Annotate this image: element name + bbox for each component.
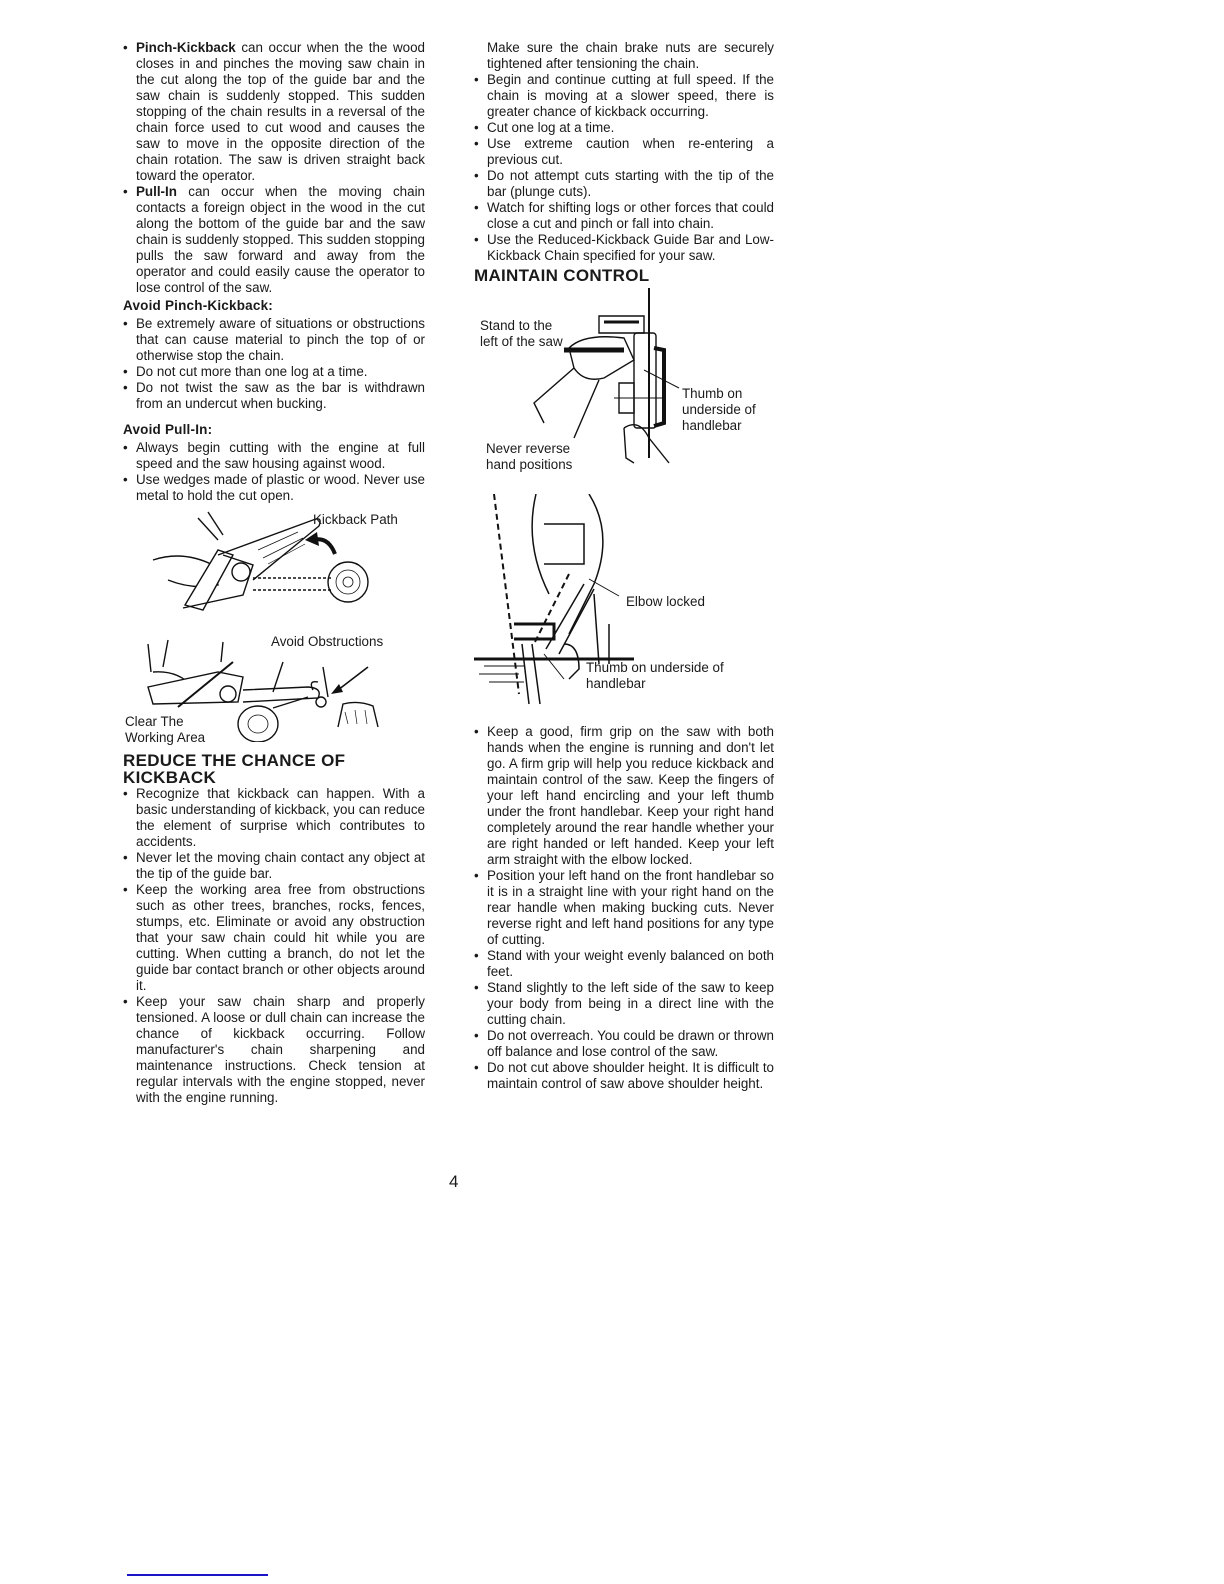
list-item: Do not cut more than one log at a time. [123,364,425,380]
avoid-pullin-heading: Avoid Pull-In: [123,422,425,438]
list-item: Stand with your weight evenly balanced o… [474,948,774,980]
elbow-locked-label: Elbow locked [626,594,705,610]
reduce-kickback-section: REDUCE THE CHANCE OF KICKBACK Recognize … [123,752,425,1106]
avoid-pullin-list: Always begin cutting with the engine at … [123,440,425,504]
list-item: Do not attempt cuts starting with the ti… [474,168,774,200]
list-item: Cut one log at a time. [474,120,774,136]
avoid-obstructions-figure: Avoid Obstructions Clear The Working Are… [123,632,425,742]
list-item: Position your left hand on the front han… [474,868,774,948]
pull-in-text: can occur when the moving chain contacts… [136,184,425,295]
thumb-underside-stance-label-line2: handlebar [586,676,646,692]
maintain-control-heading: MAINTAIN CONTROL [474,267,774,284]
hand-grip-figure: Stand to the left of the saw Thumb on un… [474,288,774,478]
stand-left-label-line2: left of the saw [480,334,563,350]
clear-working-area-label-line2: Working Area [125,730,205,746]
avoid-pinch-list: Be extremely aware of situations or obst… [123,316,425,412]
kickback-types-list: Pinch-Kickback can occur when the the wo… [123,40,425,296]
left-column: Pinch-Kickback can occur when the the wo… [123,40,425,1106]
list-item: Do not twist the saw as the bar is withd… [123,380,425,412]
avoid-pinch-heading: Avoid Pinch-Kickback: [123,298,425,314]
list-item: Do not overreach. You could be drawn or … [474,1028,774,1060]
list-item: Keep a good, firm grip on the saw with b… [474,724,774,868]
reduce-kickback-list: Recognize that kickback can happen. With… [123,786,425,1106]
list-item: Use extreme caution when re-entering a p… [474,136,774,168]
thumb-underside-label-line2: underside of [682,402,756,418]
term-pull-in: Pull-In [136,184,177,199]
list-item: Use the Reduced-Kickback Guide Bar and L… [474,232,774,264]
reduce-kickback-heading-line1: REDUCE THE CHANCE OF [123,752,425,769]
thumb-underside-stance-label-line1: Thumb on underside of [586,660,724,676]
avoid-obstructions-label: Avoid Obstructions [271,634,383,650]
list-item: Never let the moving chain contact any o… [123,850,425,882]
continuation-paragraph: Make sure the chain brake nuts are secur… [474,40,774,72]
list-item: Do not cut above shoulder height. It is … [474,1060,774,1092]
term-pinch-kickback: Pinch-Kickback [136,40,236,55]
kickback-path-label: Kickback Path [313,512,398,528]
list-item: Recognize that kickback can happen. With… [123,786,425,850]
list-item-pull-in: Pull-In can occur when the moving chain … [123,184,425,296]
stand-left-label-line1: Stand to the [480,318,552,334]
list-item: Use wedges made of plastic or wood. Neve… [123,472,425,504]
maintain-control-list: Keep a good, firm grip on the saw with b… [474,724,774,1092]
clear-working-area-label-line1: Clear The [125,714,184,730]
thumb-underside-label-line1: Thumb on [682,386,742,402]
list-item: Always begin cutting with the engine at … [123,440,425,472]
thumb-underside-label-line3: handlebar [682,418,742,434]
page-number: 4 [449,1172,458,1192]
kickback-path-figure: Kickback Path [123,510,425,628]
list-item: Keep your saw chain sharp and properly t… [123,994,425,1106]
stance-figure: Elbow locked Thumb on underside of handl… [474,494,774,714]
pinch-kickback-text: can occur when the the wood closes in an… [136,40,425,183]
list-item: Be extremely aware of situations or obst… [123,316,425,364]
never-reverse-label-line1: Never reverse [486,441,570,457]
list-item: Stand slightly to the left side of the s… [474,980,774,1028]
list-item: Watch for shifting logs or other forces … [474,200,774,232]
list-item: Keep the working area free from obstruct… [123,882,425,994]
reduce-kickback-heading-line2: KICKBACK [123,769,425,786]
list-item-pinch-kickback: Pinch-Kickback can occur when the the wo… [123,40,425,184]
never-reverse-label-line2: hand positions [486,457,572,473]
kickback-tips-list: Begin and continue cutting at full speed… [474,72,774,264]
list-item: Begin and continue cutting at full speed… [474,72,774,120]
right-column: Make sure the chain brake nuts are secur… [474,40,774,1092]
footer-rule [127,1574,268,1576]
